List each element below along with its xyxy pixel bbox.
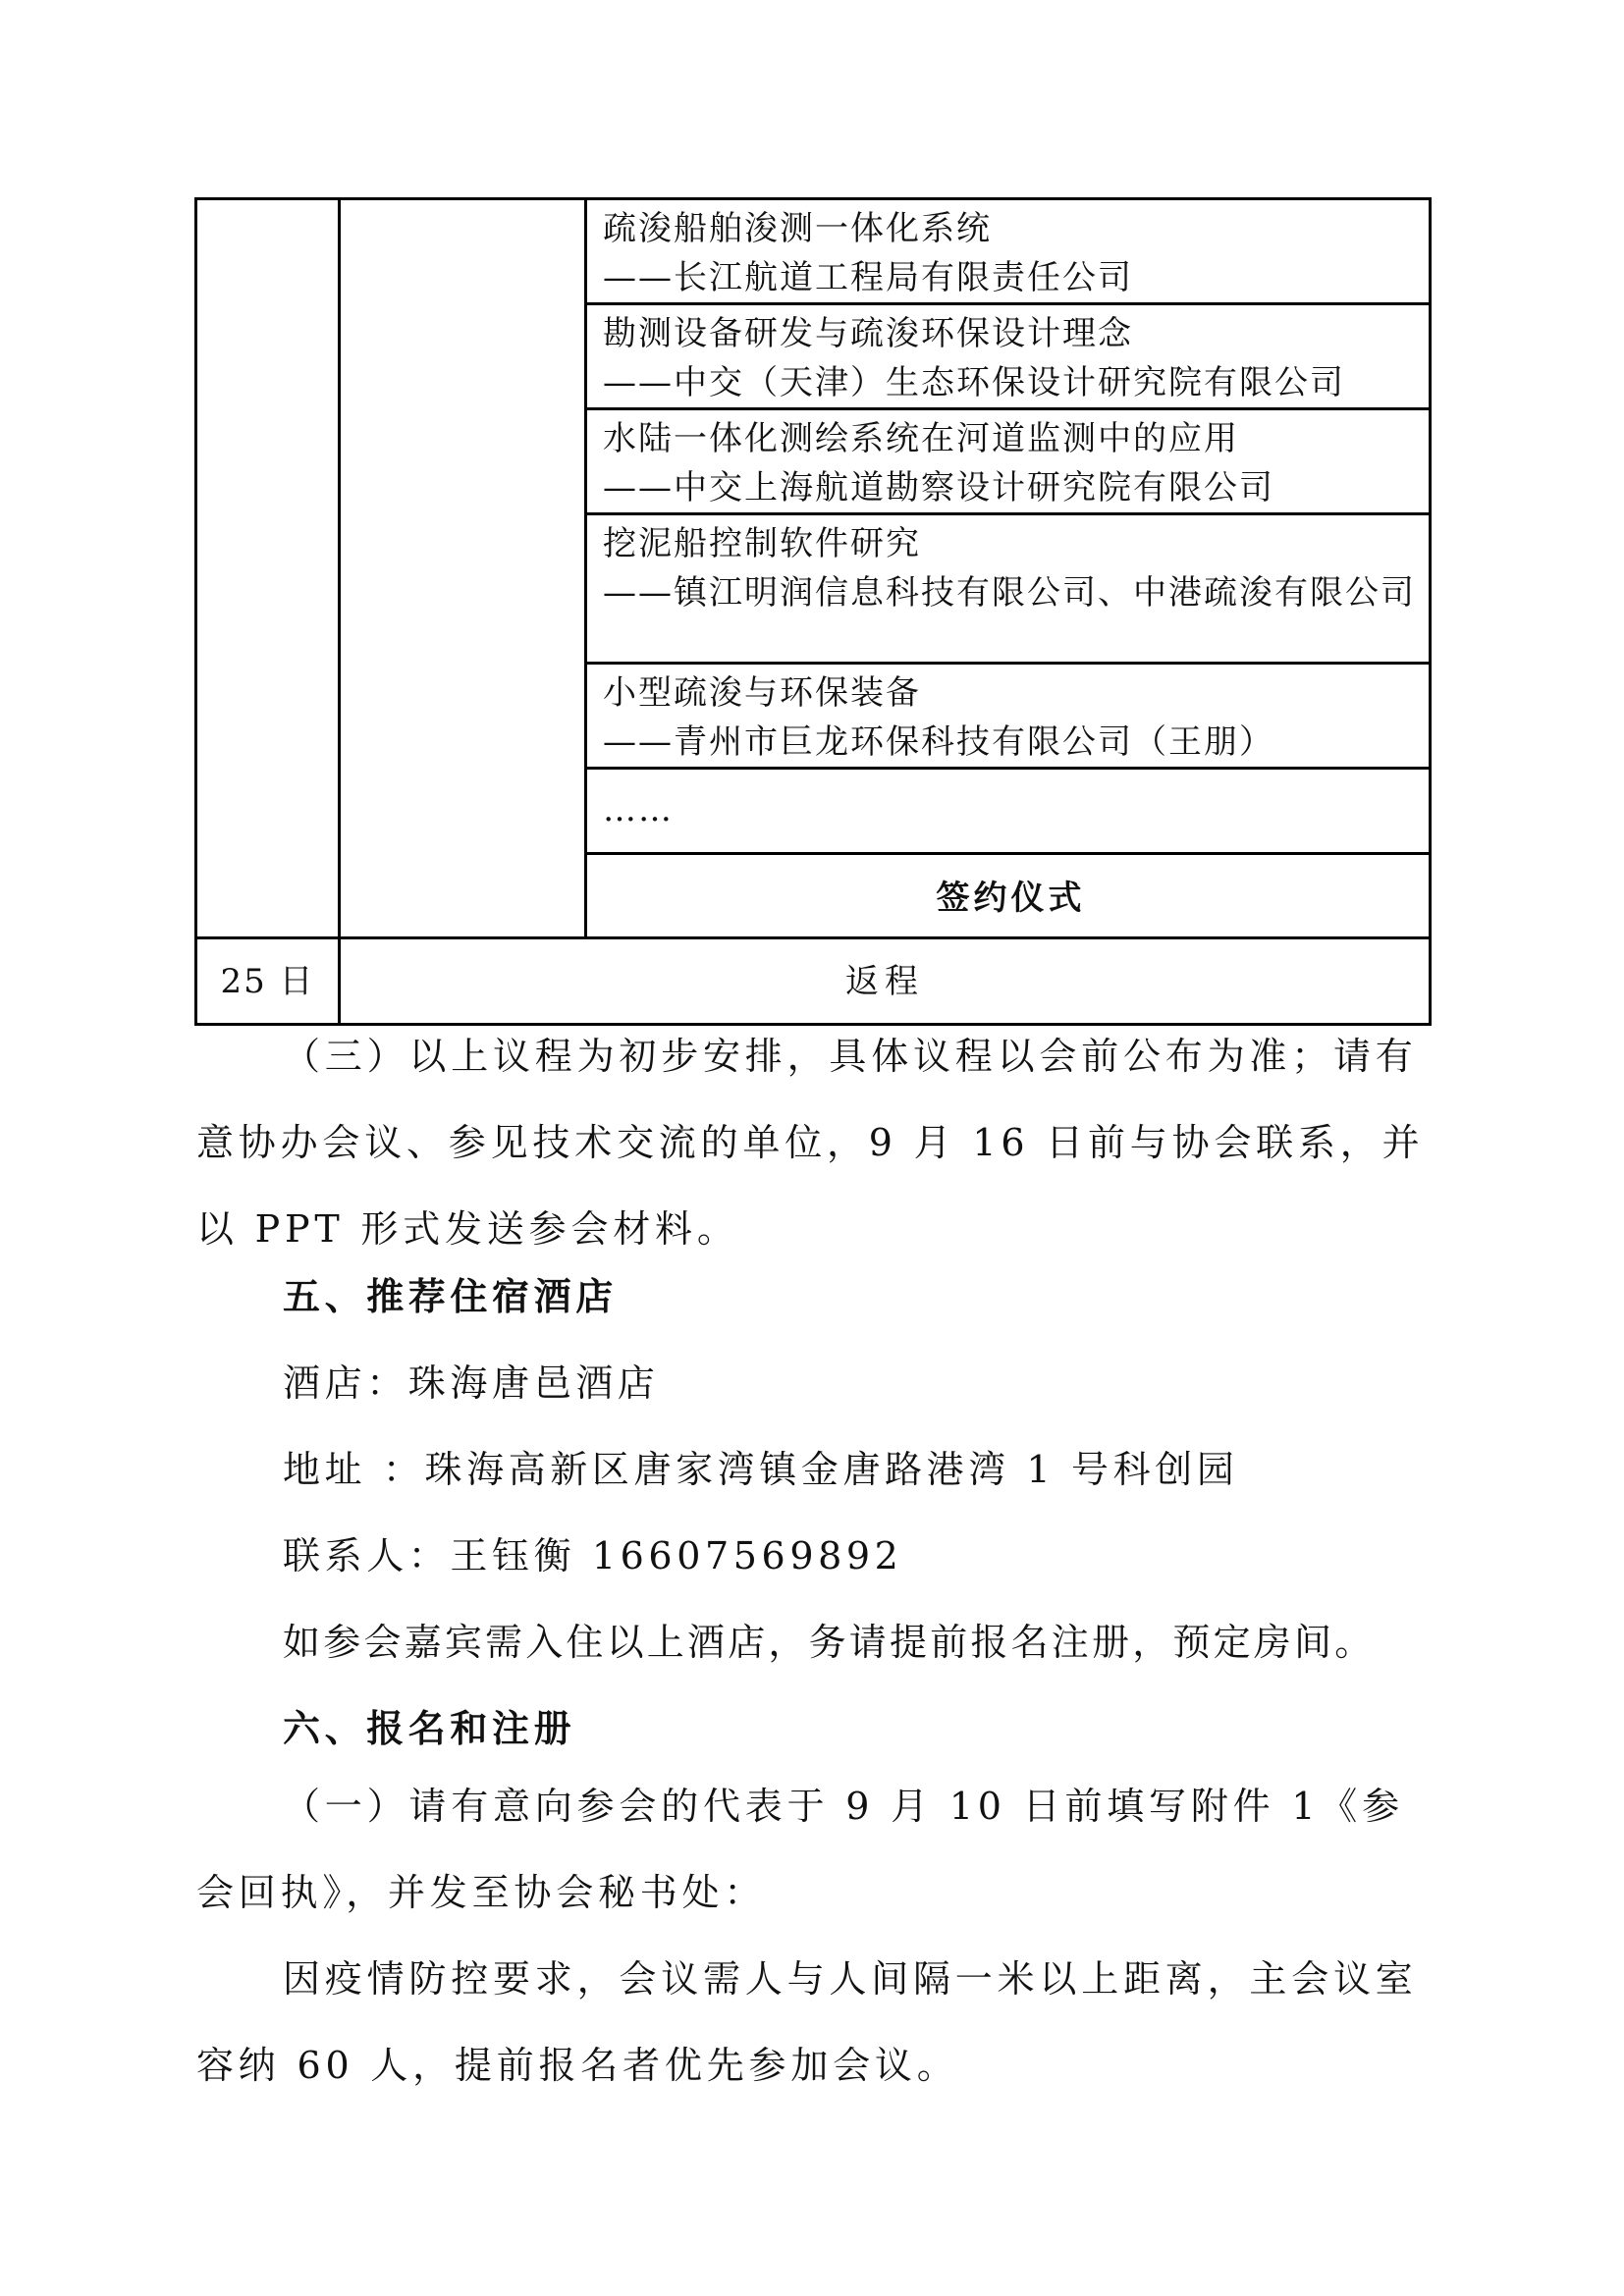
talk-title: 挖泥船控制软件研究 <box>603 519 1419 568</box>
agenda-table: 疏浚船舶浚测一体化系统 ——长江航道工程局有限责任公司 勘测设备研发与疏浚环保设… <box>194 197 1432 1026</box>
talk-cell: 挖泥船控制软件研究 ——镇江明润信息科技有限公司、中港疏浚有限公司 <box>586 514 1431 664</box>
talk-cell: 疏浚船舶浚测一体化系统 ——长江航道工程局有限责任公司 <box>586 199 1431 304</box>
talk-organization: ——中交（天津）生态环保设计研究院有限公司 <box>603 358 1419 407</box>
covid-capacity-note: 因疫情防控要求，会议需人与人间隔一米以上距离，主会议室容纳 60 人，提前报名者… <box>196 1936 1435 2109</box>
talk-cell: 小型疏浚与环保装备 ——青州市巨龙环保科技有限公司（王朋） <box>586 664 1431 769</box>
day-cell: 25 日 <box>196 938 340 1025</box>
talk-title: 疏浚船舶浚测一体化系统 <box>603 204 1419 253</box>
table-row: 25 日 返程 <box>196 938 1431 1025</box>
talk-organization: ——中交上海航道勘察设计研究院有限公司 <box>603 463 1419 512</box>
ellipsis-text: …… <box>603 774 1419 834</box>
talk-organization: ——青州市巨龙环保科技有限公司（王朋） <box>603 718 1419 767</box>
session-cell-empty <box>340 199 586 938</box>
signing-ceremony-cell: 签约仪式 <box>586 854 1431 938</box>
hotel-booking-note: 如参会嘉宾需入住以上酒店，务请提前报名注册，预定房间。 <box>283 1612 1375 1666</box>
hotel-contact: 联系人：王钰衡 16607569892 <box>283 1525 902 1579</box>
talk-cell: 勘测设备研发与疏浚环保设计理念 ——中交（天津）生态环保设计研究院有限公司 <box>586 304 1431 409</box>
hotel-name: 酒店：珠海唐邑酒店 <box>283 1353 659 1407</box>
section-heading-hotel: 五、推荐住宿酒店 <box>283 1266 618 1320</box>
talk-organization: ——长江航道工程局有限责任公司 <box>603 253 1419 302</box>
note-paragraph-3: （三）以上议程为初步安排，具体议程以会前公布为准；请有意协办会议、参见技术交流的… <box>196 1013 1435 1272</box>
table-row: 疏浚船舶浚测一体化系统 ——长江航道工程局有限责任公司 <box>196 199 1431 304</box>
ellipsis-cell: …… <box>586 769 1431 854</box>
hotel-address: 地址 ：珠海高新区唐家湾镇金唐路港湾 1 号科创园 <box>283 1439 1238 1493</box>
section-heading-registration: 六、报名和注册 <box>283 1698 575 1752</box>
talk-cell: 水陆一体化测绘系统在河道监测中的应用 ——中交上海航道勘察设计研究院有限公司 <box>586 409 1431 514</box>
talk-organization: ——镇江明润信息科技有限公司、中港疏浚有限公司 <box>603 568 1419 617</box>
registration-item-1: （一）请有意向参会的代表于 9 月 10 日前填写附件 1《参会回执》，并发至协… <box>196 1763 1435 1936</box>
talk-title: 勘测设备研发与疏浚环保设计理念 <box>603 309 1419 358</box>
talk-title: 小型疏浚与环保装备 <box>603 668 1419 718</box>
activity-cell: 返程 <box>340 938 1431 1025</box>
day-cell-empty <box>196 199 340 938</box>
document-page: 疏浚船舶浚测一体化系统 ——长江航道工程局有限责任公司 勘测设备研发与疏浚环保设… <box>0 0 1624 2296</box>
talk-title: 水陆一体化测绘系统在河道监测中的应用 <box>603 414 1419 463</box>
